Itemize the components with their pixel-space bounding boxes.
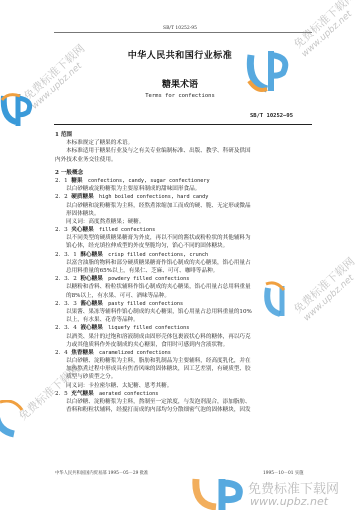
term-en: crisp filled confections, crunch [108,252,208,258]
paragraph-line: 内外技术业务交往使用。 [55,156,313,164]
paragraph-line: 质型与砂质型之分。 [55,373,313,381]
paragraph-line: 本标准适用于糖果行业及与之有关专业编制标准、出版、教学、科研及供国 [55,147,313,155]
term-heading: 2．3 夹心糖果 filled confections [55,226,313,234]
term-heading: 2．1 糖果 confections, candy, sugar confect… [55,177,313,185]
paragraph-line: 以果酱、果冻等辅料作馅心制成的夹心糖果，馅心用量占总用料重量的10% [55,308,313,316]
section-heading: 1 范围 [55,131,313,139]
term-en: powdery filled confections [108,276,189,282]
term-cn: 酱心糖果 [80,301,102,307]
document-body: 1 范围 本标准规定了糖果的术语。 本标准适用于糖果行业及与之有关专业编制标准、… [55,131,313,414]
section-heading: 2 一般概念 [55,169,313,177]
term-cn: 液心糖果 [80,325,102,331]
term-number: 2．3 [55,227,68,233]
term-number: 2．3．3 [55,301,77,307]
term-cn: 糖果 [71,178,82,184]
paragraph-line: 以上，有水果、花香等品种。 [55,316,313,324]
watermark-url: www.upbz.net [250,495,328,508]
term-number: 2．3．2 [55,276,77,282]
paragraph-line: 本标准规定了糖果的术语。 [55,139,313,147]
term-cn: 酥心糖果 [80,252,102,258]
term-en: caramelized confections [99,350,171,356]
term-heading: 2．2 硬质糖果 high boiled confections, hard c… [55,193,313,201]
term-number: 2．2 [55,194,68,200]
paragraph-line: 香料和粉粒状辅料，经搅打而成的内部均匀分散细密气泡的固体糖块，因发 [55,406,313,414]
term-en: liquefy filled confections [108,325,189,331]
paragraph-line: 力或其他质料作外皮制成的夹心糖果，食用时可感到内含液状物。 [55,341,313,349]
term-en: aerated confections [99,391,158,397]
paragraph-line: 以富含油脂的物料和部分硬质糖果糖膏作馅心制成的夹心糖果，馅心用量占 [55,259,313,267]
term-number: 2．1 [55,178,68,184]
paragraph-line: 馅心体，经充填拉伸成型的外皮坚脆均匀，馅心不同的固体糖块。 [55,242,313,250]
paragraph-line: 以酒类、果汁的过饱和溶液制成由固形壳体包裹液状心料的糖体，再以巧克 [55,333,313,341]
paragraph-line: 同义词：高度熬煮糖果；硬糖。 [55,218,313,226]
paragraph-line: 总用料重量的65%以上，有果仁、芝麻、可可、咖啡等品种。 [55,267,313,275]
paragraph-line: 加热熬煮过程中形成具有焦香风味的固体糖块，因工艺差别，有硬质型、胶 [55,365,313,373]
term-heading: 2．3．1 酥心糖果 crisp filled confections, cru… [55,251,313,259]
term-cn: 硬质糖果 [71,194,93,200]
term-cn: 充气糖果 [71,391,93,397]
paragraph-line: 以白砂糖或淀粉糖浆为主要原料制成的甜味固形食品。 [55,185,313,193]
implementation-date: 1995－10－01 实施 [263,470,303,476]
term-cn: 夹心糖果 [71,227,93,233]
term-number: 2．3．4 [55,325,77,331]
term-heading: 2．3．4 液心糖果 liquefy filled confections [55,324,313,332]
paragraph-line: 以白砂糖、淀粉糖浆为主料，脂肪和乳制品为主要辅料，经高度乳化，并在 [55,357,313,365]
title-divider [54,124,312,125]
paragraph-line: 以不同类型的硬质糖果糖膏为外皮，再以不同的酱状或粉粒状的其他辅料为 [55,234,313,242]
paragraph-line: 以白砂糖、淀粉糖浆为主料，熬制至一定浓度，与发泡剂混合，添加脂肪、 [55,398,313,406]
term-heading: 2．3．2 粉心糖果 powdery filled confections [55,275,313,283]
paragraph-line: 形固体糖块。 [55,210,313,218]
term-heading: 2．4 焦香糖果 caramelized confections [55,349,313,357]
term-cn: 粉心糖果 [80,276,102,282]
term-en: filled confections [99,227,155,233]
term-en: pasty filled confections [108,301,183,307]
term-en: confections, candy, sugar confectionery [88,178,210,184]
term-number: 2．4 [55,350,68,356]
paragraph-line: 的8%以上，有水果、可可、酒味等品种。 [55,292,313,300]
approval-note: 中华人民共和国国内贸易部 1995－05－29 批准 [55,470,148,476]
header-divider [54,32,312,33]
paragraph-line: 以糖粉和香料、粉粒状辅料作馅心制成的夹心糖果，馅心用量占总用料重量 [55,283,313,291]
term-heading: 2．5 充气糖果 aerated confections [55,390,313,398]
paragraph-line: 以白砂糖和淀粉糖浆为主料，经熬煮浓缩加工而成的硬、脆、无定形或微晶 [55,202,313,210]
term-number: 2．3．1 [55,252,77,258]
document-page: SB/T 10252-95 中华人民共和国行业标准 糖果术语 Terms for… [0,0,360,510]
term-cn: 焦香糖果 [71,350,93,356]
watermark-logo-icon [192,475,248,510]
paragraph-line: 同义词：卡拉密尔糖、太妃糖、恩考其糖。 [55,382,313,390]
standard-number: SB/T 10252—95 [250,113,293,119]
term-en: high boiled confections, hard candy [99,194,208,200]
term-heading: 2．3．3 酱心糖果 pasty filled confections [55,300,313,308]
